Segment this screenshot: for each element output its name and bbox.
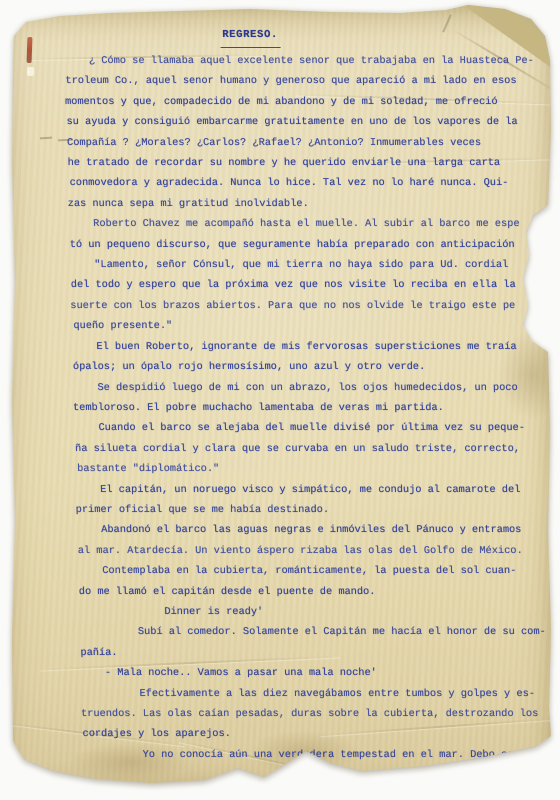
text-line: conmovedora y agradecida. Nunca lo hice.… — [69, 173, 550, 193]
crease-line — [550, 348, 560, 518]
text-line: - Mala noche.. Vamos a pasar una mala no… — [105, 663, 560, 683]
text-line: tó un pequeno discurso, que seguramente … — [70, 235, 551, 255]
pencil-dash-mark — [40, 137, 52, 140]
text-line: El buen Roberto, ignorante de mis fervor… — [96, 337, 553, 357]
text-line: zas nunca sepa mi gratitud inolvidable. — [67, 194, 548, 214]
paper-chip-mark — [27, 67, 34, 76]
text-line: Abandonó el barco las aguas negras e inm… — [101, 520, 558, 540]
text-line: cordajes y los aparejos. — [82, 724, 560, 744]
typewritten-content: REGRESO. ¿ Cómo se llamaba aquel excelen… — [64, 24, 560, 765]
text-line: "Lamento, señor Cónsul, que mi tierra no… — [94, 255, 551, 275]
text-line: do me llamó el capitán desde el puente d… — [79, 582, 560, 602]
text-line: truendos. Las olas caían pesadas, duras … — [81, 704, 560, 724]
text-line: he tratado de recordar su nombre y he qu… — [67, 153, 548, 173]
text-line: su ayuda y consiguió embarcarme gratuita… — [66, 112, 547, 132]
scanned-page: REGRESO. ¿ Cómo se llamaba aquel excelen… — [0, 0, 560, 800]
page-title: REGRESO. — [220, 24, 280, 48]
red-edge-mark — [27, 37, 33, 63]
paper-shadow: REGRESO. ¿ Cómo se llamaba aquel excelen… — [0, 0, 560, 800]
text-line: troleum Co., aquel senor humano y genero… — [65, 71, 546, 91]
text-line: tembloroso. El pobre muchacho lamentaba … — [73, 398, 554, 418]
text-line: primer oficial que se me había destinado… — [75, 500, 556, 520]
text-line: ¿ Cómo se llamaba aquel excelente senor … — [89, 51, 546, 71]
text-line: pañía. — [80, 643, 560, 663]
text-line: queño presente." — [73, 316, 554, 336]
text-line: Yo no conocía aún una verdadera tempesta… — [142, 745, 560, 765]
text-line: del todo y espero que la próxima vez que… — [71, 275, 552, 295]
text-line: Dinner is ready' — [164, 602, 559, 622]
text-line: momentos y que, compadecido de mi abando… — [65, 92, 546, 112]
text-line: ña silueta cordial y clara que se curvab… — [75, 439, 556, 459]
text-line: ópalos; un ópalo rojo hermosísimo, uno a… — [73, 357, 554, 377]
text-line: Efectivamente a las diez navegábamos ent… — [139, 684, 560, 704]
text-line: suerte con los brazos abiertos. Para que… — [70, 296, 551, 316]
text-line: Cuando el barco se alejaba del muelle di… — [98, 418, 555, 438]
text-line: Roberto Chavez me acompañó hasta el muel… — [93, 214, 550, 234]
text-line: al mar. Atardecía. Un viento áspero riza… — [78, 541, 559, 561]
text-line: El capitán, un noruego visco y simpático… — [100, 480, 557, 500]
text-line: bastante "diplomático." — [77, 459, 558, 479]
text-line: Se despidió luego de mi con un abrazo, l… — [97, 378, 554, 398]
paper-sheet: REGRESO. ¿ Cómo se llamaba aquel excelen… — [0, 0, 560, 800]
text-line: Compañía ? ¿Morales? ¿Carlos? ¿Rafael? ¿… — [67, 133, 548, 153]
text-line: Subí al comedor. Solamente el Capitán me… — [138, 622, 560, 642]
text-body: ¿ Cómo se llamaba aquel excelente senor … — [65, 51, 560, 765]
text-line: Contemplaba en la cubierta, románticamen… — [102, 561, 559, 581]
